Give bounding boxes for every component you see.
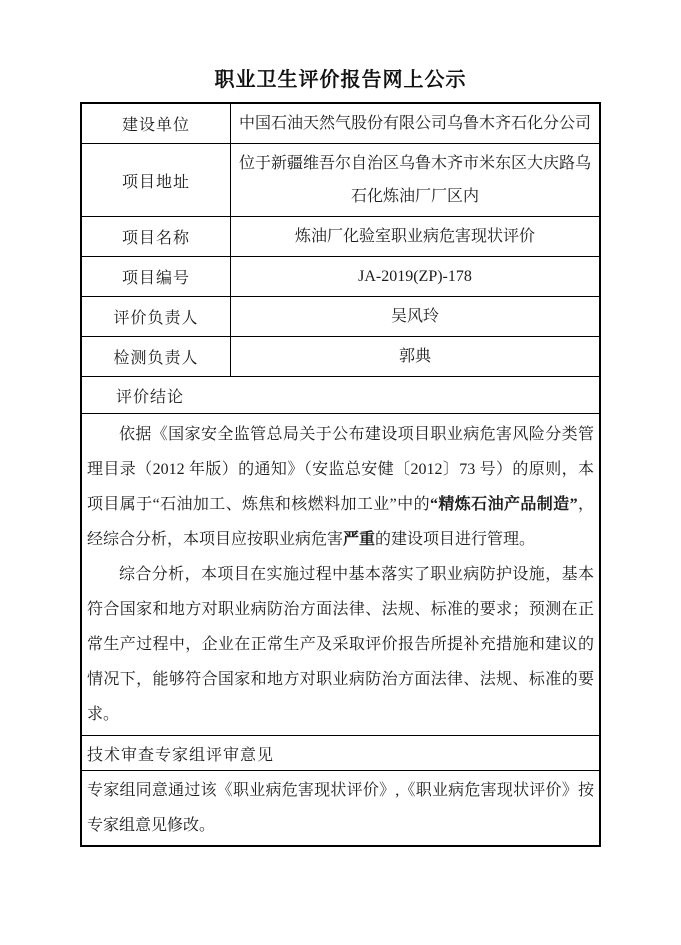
- document-page: 职业卫生评价报告网上公示 建设单位 中国石油天然气股份有限公司乌鲁木齐石化分公司…: [0, 0, 681, 945]
- conclusion-paragraph-2: 综合分析，本项目在实施过程中基本落实了职业病防护设施，基本符合国家和地方对职业病…: [87, 557, 594, 732]
- review-header-label: 技术审查专家组评审意见: [81, 736, 600, 771]
- row-label-project-number: 项目编号: [81, 257, 231, 297]
- table-row-review-header: 技术审查专家组评审意见: [81, 736, 600, 771]
- conclusion-p1-seg5: 的建设项目进行管理。: [375, 531, 535, 548]
- conclusion-section-label: 评价结论: [81, 377, 600, 414]
- row-label-construction-unit: 建设单位: [81, 103, 231, 144]
- row-label-project-address: 项目地址: [81, 144, 231, 217]
- table-row-project-name: 项目名称 炼油厂化验室职业病危害现状评价: [81, 217, 600, 257]
- table-row-project-number: 项目编号 JA-2019(ZP)-178: [81, 257, 600, 297]
- row-value-project-address: 位于新疆维吾尔自治区乌鲁木齐市米东区大庆路乌石化炼油厂厂区内: [231, 144, 601, 217]
- table-row-construction-unit: 建设单位 中国石油天然气股份有限公司乌鲁木齐石化分公司: [81, 103, 600, 144]
- row-value-evaluation-lead: 吴风玲: [231, 297, 601, 337]
- table-row-conclusion-label: 评价结论: [81, 377, 600, 414]
- row-label-project-name: 项目名称: [81, 217, 231, 257]
- row-value-project-name: 炼油厂化验室职业病危害现状评价: [231, 217, 601, 257]
- row-label-testing-lead: 检测负责人: [81, 337, 231, 377]
- page-title: 职业卫生评价报告网上公示: [0, 0, 681, 96]
- table-row-review-opinion: 专家组同意通过该《职业病危害现状评价》,《职业病危害现状评价》按专家组意见修改。: [81, 771, 600, 847]
- table-row-conclusion-body: 依据《国家安全监管总局关于公布建设项目职业病危害风险分类管理目录（2012 年版…: [81, 414, 600, 736]
- conclusion-p1-bold-industry: “精炼石油产品制造”: [430, 496, 578, 513]
- table-row-evaluation-lead: 评价负责人 吴风玲: [81, 297, 600, 337]
- publicity-table: 建设单位 中国石油天然气股份有限公司乌鲁木齐石化分公司 项目地址 位于新疆维吾尔…: [80, 102, 601, 847]
- row-value-construction-unit: 中国石油天然气股份有限公司乌鲁木齐石化分公司: [231, 103, 601, 144]
- table-row-project-address: 项目地址 位于新疆维吾尔自治区乌鲁木齐市米东区大庆路乌石化炼油厂厂区内: [81, 144, 600, 217]
- conclusion-body-cell: 依据《国家安全监管总局关于公布建设项目职业病危害风险分类管理目录（2012 年版…: [81, 414, 600, 736]
- row-label-evaluation-lead: 评价负责人: [81, 297, 231, 337]
- review-opinion-text: 专家组同意通过该《职业病危害现状评价》,《职业病危害现状评价》按专家组意见修改。: [81, 771, 600, 847]
- conclusion-paragraph-1: 依据《国家安全监管总局关于公布建设项目职业病危害风险分类管理目录（2012 年版…: [87, 417, 594, 557]
- table-row-testing-lead: 检测负责人 郭典: [81, 337, 600, 377]
- row-value-project-number: JA-2019(ZP)-178: [231, 257, 601, 297]
- conclusion-p1-bold-severe: 严重: [343, 531, 375, 548]
- row-value-testing-lead: 郭典: [231, 337, 601, 377]
